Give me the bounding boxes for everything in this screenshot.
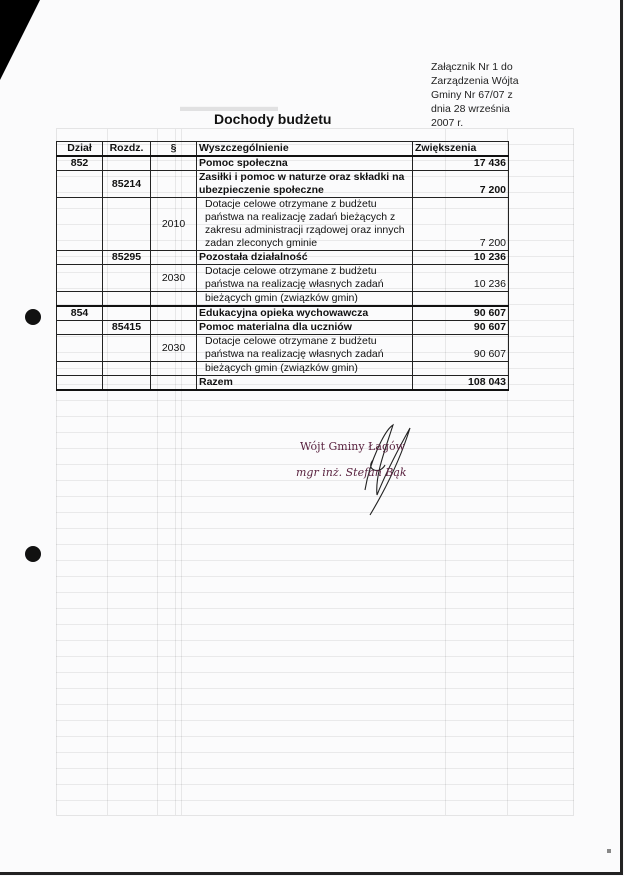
cell-wyszczegolnienie: Pomoc społeczna bbox=[197, 156, 413, 171]
cell-dzial bbox=[57, 321, 103, 335]
cell-rozdzial bbox=[103, 156, 151, 171]
budget-income-table: Dział Rozdz. § Wyszczególnienie Zwiększe… bbox=[56, 141, 509, 391]
cell-paragraf: 2010 bbox=[151, 198, 197, 251]
document-title: Dochody budżetu bbox=[214, 111, 331, 127]
cell-wyszczegolnienie: Razem bbox=[197, 376, 413, 391]
cell-wyszczegolnienie: bieżących gmin (związków gmin) bbox=[197, 292, 413, 307]
cell-dzial: 854 bbox=[57, 306, 103, 321]
annex-note: Załącznik Nr 1 do Zarządzenia Wójta Gmin… bbox=[431, 60, 519, 130]
cell-zwiekszenia: 108 043 bbox=[413, 376, 509, 391]
cell-dzial bbox=[57, 362, 103, 376]
cell-dzial bbox=[57, 376, 103, 391]
cell-rozdzial bbox=[103, 306, 151, 321]
total-row: Razem108 043 bbox=[57, 376, 509, 391]
cell-rozdzial bbox=[103, 292, 151, 307]
cell-dzial: 852 bbox=[57, 156, 103, 171]
cell-zwiekszenia: 90 607 bbox=[413, 321, 509, 335]
cell-zwiekszenia: 90 607 bbox=[413, 306, 509, 321]
table-header-row: Dział Rozdz. § Wyszczególnienie Zwiększe… bbox=[57, 142, 509, 157]
cell-dzial bbox=[57, 335, 103, 362]
table-row: 2030Dotacje celowe otrzymane z budżetu p… bbox=[57, 265, 509, 292]
cell-rozdzial bbox=[103, 362, 151, 376]
header-paragraf: § bbox=[151, 142, 197, 157]
folded-corner bbox=[0, 0, 40, 80]
cell-rozdzial: 85415 bbox=[103, 321, 151, 335]
cell-zwiekszenia: 17 436 bbox=[413, 156, 509, 171]
cell-dzial bbox=[57, 198, 103, 251]
cell-paragraf bbox=[151, 321, 197, 335]
table-row: 854Edukacyjna opieka wychowawcza90 607 bbox=[57, 306, 509, 321]
cell-rozdzial bbox=[103, 335, 151, 362]
cell-zwiekszenia: 90 607 bbox=[413, 335, 509, 362]
cell-wyszczegolnienie: Zasiłki i pomoc w naturze oraz składki n… bbox=[197, 171, 413, 198]
table-row: 852Pomoc społeczna17 436 bbox=[57, 156, 509, 171]
cell-dzial bbox=[57, 265, 103, 292]
cell-zwiekszenia: 7 200 bbox=[413, 171, 509, 198]
cell-wyszczegolnienie: Dotacje celowe otrzymane z budżetu państ… bbox=[197, 198, 413, 251]
annex-line: dnia 28 września bbox=[431, 102, 519, 116]
cell-paragraf bbox=[151, 251, 197, 265]
cell-wyszczegolnienie: bieżących gmin (związków gmin) bbox=[197, 362, 413, 376]
cell-wyszczegolnienie: Dotacje celowe otrzymane z budżetu państ… bbox=[197, 265, 413, 292]
header-dzial: Dział bbox=[57, 142, 103, 157]
cell-wyszczegolnienie: Dotacje celowe otrzymane z budżetu państ… bbox=[197, 335, 413, 362]
table-row: 85295Pozostała działalność10 236 bbox=[57, 251, 509, 265]
cell-zwiekszenia: 7 200 bbox=[413, 198, 509, 251]
table-row: 2010Dotacje celowe otrzymane z budżetu p… bbox=[57, 198, 509, 251]
table-row: 85214Zasiłki i pomoc w naturze oraz skła… bbox=[57, 171, 509, 198]
table-row: 2030Dotacje celowe otrzymane z budżetu p… bbox=[57, 335, 509, 362]
signature-title: Wójt Gminy Łagów bbox=[300, 440, 405, 453]
cell-paragraf bbox=[151, 292, 197, 307]
cell-dzial bbox=[57, 171, 103, 198]
cell-rozdzial bbox=[103, 376, 151, 391]
cell-wyszczegolnienie: Pomoc materialna dla uczniów bbox=[197, 321, 413, 335]
header-zwiekszenia: Zwiększenia bbox=[413, 142, 509, 157]
cell-zwiekszenia: 10 236 bbox=[413, 265, 509, 292]
annex-line: Zarządzenia Wójta bbox=[431, 74, 519, 88]
cell-paragraf bbox=[151, 171, 197, 198]
punch-hole-icon bbox=[25, 546, 41, 562]
cell-zwiekszenia bbox=[413, 362, 509, 376]
cell-rozdzial: 85295 bbox=[103, 251, 151, 265]
header-rozdzial: Rozdz. bbox=[103, 142, 151, 157]
cell-rozdzial bbox=[103, 198, 151, 251]
table-row: bieżących gmin (związków gmin) bbox=[57, 362, 509, 376]
cell-paragraf bbox=[151, 376, 197, 391]
header-wyszczegolnienie: Wyszczególnienie bbox=[197, 142, 413, 157]
cell-paragraf bbox=[151, 306, 197, 321]
cell-paragraf bbox=[151, 362, 197, 376]
cell-zwiekszenia bbox=[413, 292, 509, 307]
signature-name: mgr inż. Stefan Bąk bbox=[296, 466, 407, 479]
cell-zwiekszenia: 10 236 bbox=[413, 251, 509, 265]
cell-wyszczegolnienie: Pozostała działalność bbox=[197, 251, 413, 265]
cell-paragraf: 2030 bbox=[151, 335, 197, 362]
cell-rozdzial bbox=[103, 265, 151, 292]
cell-rozdzial: 85214 bbox=[103, 171, 151, 198]
punch-hole-icon bbox=[25, 309, 41, 325]
annex-line: Załącznik Nr 1 do bbox=[431, 60, 519, 74]
cell-paragraf: 2030 bbox=[151, 265, 197, 292]
table-row: bieżących gmin (związków gmin) bbox=[57, 292, 509, 307]
cell-dzial bbox=[57, 251, 103, 265]
cell-wyszczegolnienie: Edukacyjna opieka wychowawcza bbox=[197, 306, 413, 321]
scanned-page: ▬▬▬▬▬▬▬ Załącznik Nr 1 do Zarządzenia Wó… bbox=[0, 0, 623, 875]
annex-line: Gminy Nr 67/07 z bbox=[431, 88, 519, 102]
annex-line: 2007 r. bbox=[431, 116, 519, 130]
table-row: 85415Pomoc materialna dla uczniów90 607 bbox=[57, 321, 509, 335]
cell-paragraf bbox=[151, 156, 197, 171]
scan-speck bbox=[607, 849, 611, 853]
cell-dzial bbox=[57, 292, 103, 307]
